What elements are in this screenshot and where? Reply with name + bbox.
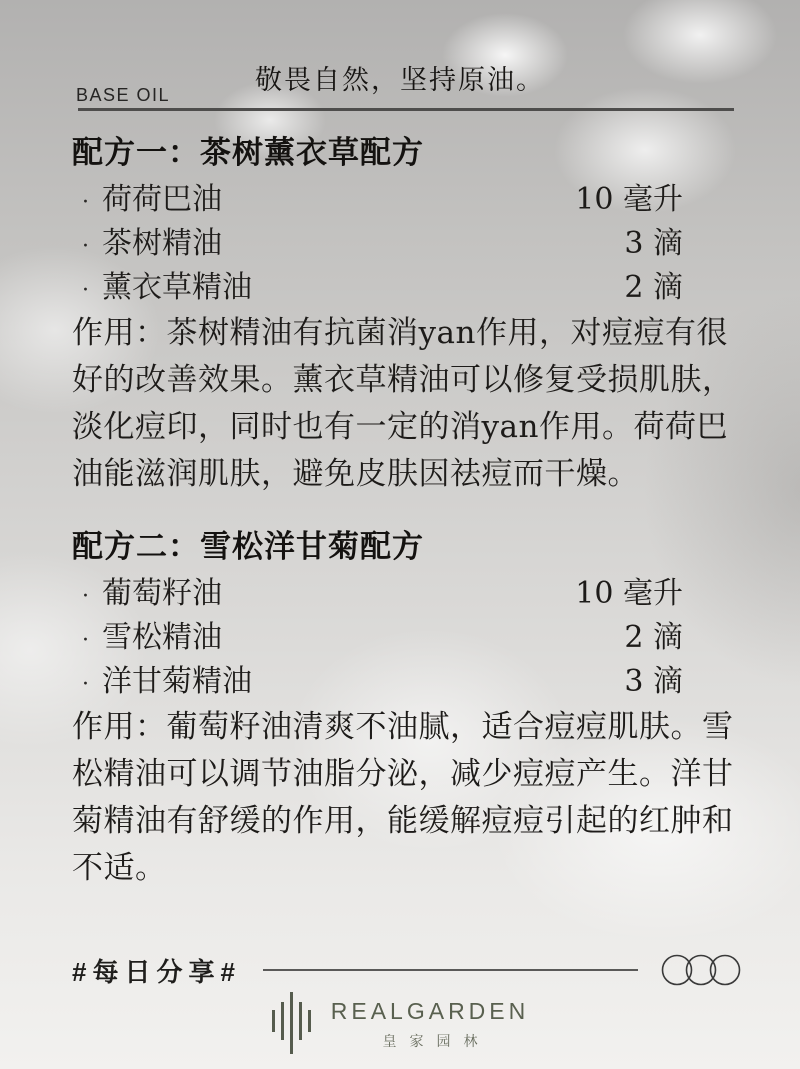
footer: #每日分享# <box>72 948 744 992</box>
recipe-effect: 作用：茶树精油有抗菌消yan作用，对痘痘有很好的改善效果。薰衣草精油可以修复受损… <box>72 310 740 498</box>
poster: 敬畏自然，坚持原油。 BASE OIL 配方一：茶树薰衣草配方 · 荷荷巴油 1… <box>0 0 800 1069</box>
ingredient-list: · 葡萄籽油 10 毫升 · 雪松精油 2 滴 · 洋甘菊精油 3 滴 <box>72 572 740 704</box>
ingredient-name: 洋甘菊精油 <box>102 660 624 704</box>
bullet-icon: · <box>72 225 102 269</box>
brand-logo: REALGARDEN 皇家园林 <box>0 992 800 1056</box>
bullet-icon: · <box>72 663 102 707</box>
three-circles-icon <box>660 950 744 990</box>
ingredient-amount: 2 滴 <box>624 616 683 660</box>
ingredient-list: · 荷荷巴油 10 毫升 · 茶树精油 3 滴 · 薰衣草精油 2 滴 <box>72 178 740 310</box>
ingredient-row: · 荷荷巴油 10 毫升 <box>72 178 740 222</box>
recipe-section: 配方二：雪松洋甘菊配方 · 葡萄籽油 10 毫升 · 雪松精油 2 滴 · 洋甘… <box>72 530 740 892</box>
ingredient-name: 茶树精油 <box>102 222 624 266</box>
ingredient-row: · 葡萄籽油 10 毫升 <box>72 572 740 616</box>
ingredient-amount: 3 滴 <box>624 660 683 704</box>
logo-name: REALGARDEN <box>331 998 529 1025</box>
recipe-title: 配方二：雪松洋甘菊配方 <box>72 530 740 564</box>
ingredient-amount: 2 滴 <box>624 266 683 310</box>
ingredient-name: 荷荷巴油 <box>102 178 575 222</box>
ingredient-amount: 3 滴 <box>624 222 683 266</box>
bullet-icon: · <box>72 619 102 663</box>
recipe-effect: 作用：葡萄籽油清爽不油腻，适合痘痘肌肤。雪松精油可以调节油脂分泌，减少痘痘产生。… <box>72 704 740 892</box>
footer-divider <box>263 969 638 971</box>
ingredient-amount: 10 毫升 <box>575 572 683 616</box>
logo-text: REALGARDEN 皇家园林 <box>331 998 529 1051</box>
recipe-section: 配方一：茶树薰衣草配方 · 荷荷巴油 10 毫升 · 茶树精油 3 滴 · 薰衣… <box>72 136 740 498</box>
bullet-icon: · <box>72 269 102 313</box>
ingredient-row: · 雪松精油 2 滴 <box>72 616 740 660</box>
brand-label: BASE OIL <box>76 85 170 106</box>
soundwave-bars-icon <box>271 992 313 1056</box>
ingredient-name: 葡萄籽油 <box>102 572 575 616</box>
header-divider <box>78 108 734 111</box>
recipe-list: 配方一：茶树薰衣草配方 · 荷荷巴油 10 毫升 · 茶树精油 3 滴 · 薰衣… <box>72 136 740 892</box>
ingredient-row: · 薰衣草精油 2 滴 <box>72 266 740 310</box>
ingredient-name: 雪松精油 <box>102 616 624 660</box>
ingredient-row: · 洋甘菊精油 3 滴 <box>72 660 740 704</box>
recipe-title: 配方一：茶树薰衣草配方 <box>72 136 740 170</box>
bullet-icon: · <box>72 575 102 619</box>
bullet-icon: · <box>72 181 102 225</box>
ingredient-row: · 茶树精油 3 滴 <box>72 222 740 266</box>
logo-chinese-name: 皇家园林 <box>331 1031 529 1051</box>
ingredient-name: 薰衣草精油 <box>102 266 624 310</box>
ingredient-amount: 10 毫升 <box>575 178 683 222</box>
hashtag: #每日分享# <box>72 952 241 989</box>
